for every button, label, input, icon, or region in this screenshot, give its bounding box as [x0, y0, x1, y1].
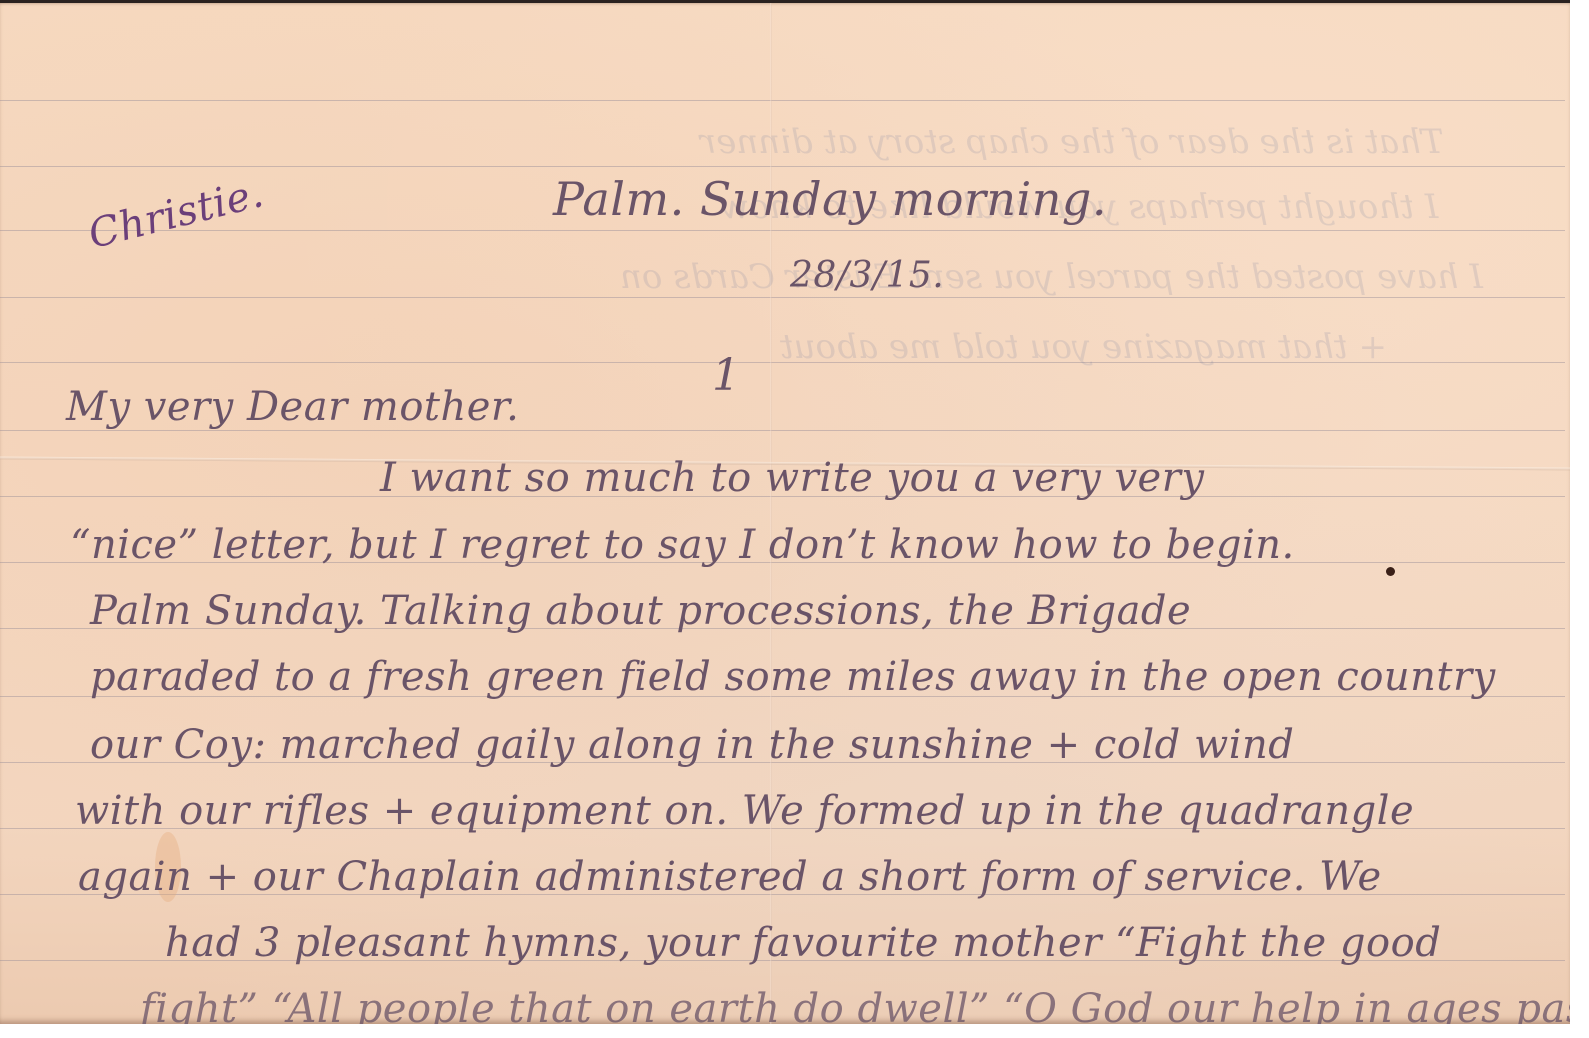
scan-margin-right [1570, 0, 1589, 1038]
ruled-line [0, 430, 1565, 431]
letter-date: 28/3/15. [790, 255, 944, 296]
letter-line: again + our Chaplain administered a shor… [78, 854, 1382, 900]
ruled-line [0, 100, 1565, 101]
letter-line: paraded to a fresh green field some mile… [90, 654, 1496, 700]
scanned-letter: That is the dear of the chap story at di… [0, 0, 1589, 1038]
bleed-through-text: That is the dear of the chap story at di… [700, 122, 1444, 162]
scan-margin-bottom [0, 1024, 1589, 1038]
ruled-line [0, 166, 1565, 167]
letter-line-cut-off: fight” “All people that on earth do dwel… [140, 986, 1570, 1024]
scan-edge-top [0, 0, 1589, 3]
ink-spot [1386, 567, 1395, 576]
salutation: My very Dear mother. [66, 384, 519, 430]
bleed-through-text: I have posted the parcel you sent Easter… [620, 257, 1483, 297]
letter-line: “nice” letter, but I regret to say I don… [70, 522, 1295, 568]
letter-paper: That is the dear of the chap story at di… [0, 2, 1570, 1024]
letter-line: Palm Sunday. Talking about processions, … [90, 588, 1191, 634]
bleed-through-text: + that magazine you told me about [780, 327, 1387, 367]
letter-line: with our rifles + equipment on. We forme… [75, 788, 1414, 834]
annotation-name: Christie. [84, 170, 268, 258]
letter-heading: Palm. Sunday morning. [553, 172, 1107, 226]
ruled-line [0, 297, 1565, 298]
letter-line: our Coy: marched gaily along in the suns… [90, 722, 1294, 768]
ruled-line [0, 230, 1565, 231]
page-number: 1 [712, 350, 741, 401]
letter-line: I want so much to write you a very very [380, 455, 1204, 501]
letter-line: had 3 pleasant hymns, your favourite mot… [165, 920, 1441, 966]
